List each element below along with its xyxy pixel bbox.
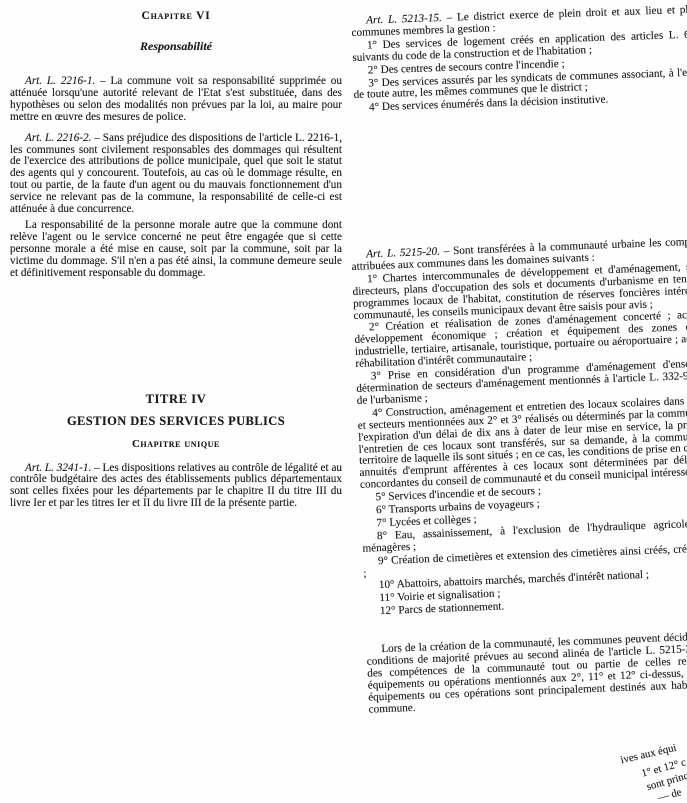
scanned-page: Chapitre VI Responsabilité Art. L. 2216-…	[0, 0, 687, 803]
list-item: 4° Construction, aménagement et entretie…	[357, 394, 687, 492]
chapter-heading: Chapitre VI	[10, 10, 342, 22]
title-heading: TITRE IV	[10, 392, 342, 407]
continuation-paragraph: La responsabilité de la personne morale …	[10, 220, 342, 280]
left-column: Chapitre VI Responsabilité Art. L. 2216-…	[10, 0, 342, 510]
closing-paragraph: Lors de la création de la communauté, le…	[366, 631, 687, 717]
chapter-title: Responsabilité	[10, 39, 342, 54]
article-number: Art. L. 2216-2.	[25, 132, 91, 144]
article-number: Art. L. 3241-1.	[25, 462, 91, 474]
title-subheading: GESTION DES SERVICES PUBLICS	[10, 414, 342, 429]
article-paragraph: Art. L. 2216-2. – Sans préjudice des dis…	[10, 133, 342, 216]
article-paragraph: Art. L. 2216-1. – La commune voit sa res…	[10, 76, 342, 124]
article-paragraph: Art. L. 3241-1. – Les dispositions relat…	[10, 463, 342, 511]
chapter-unique-heading: Chapitre unique	[10, 438, 342, 450]
article-block-5213-15: Art. L. 5213-15. – Le district exerce de…	[351, 4, 687, 116]
article-block-5215-20: Art. L. 5215-20. – Sont transférées à la…	[351, 236, 687, 717]
article-number: Art. L. 2216-1.	[25, 75, 95, 87]
article-text: – Sans préjudice des dispositions de l'a…	[10, 132, 342, 215]
